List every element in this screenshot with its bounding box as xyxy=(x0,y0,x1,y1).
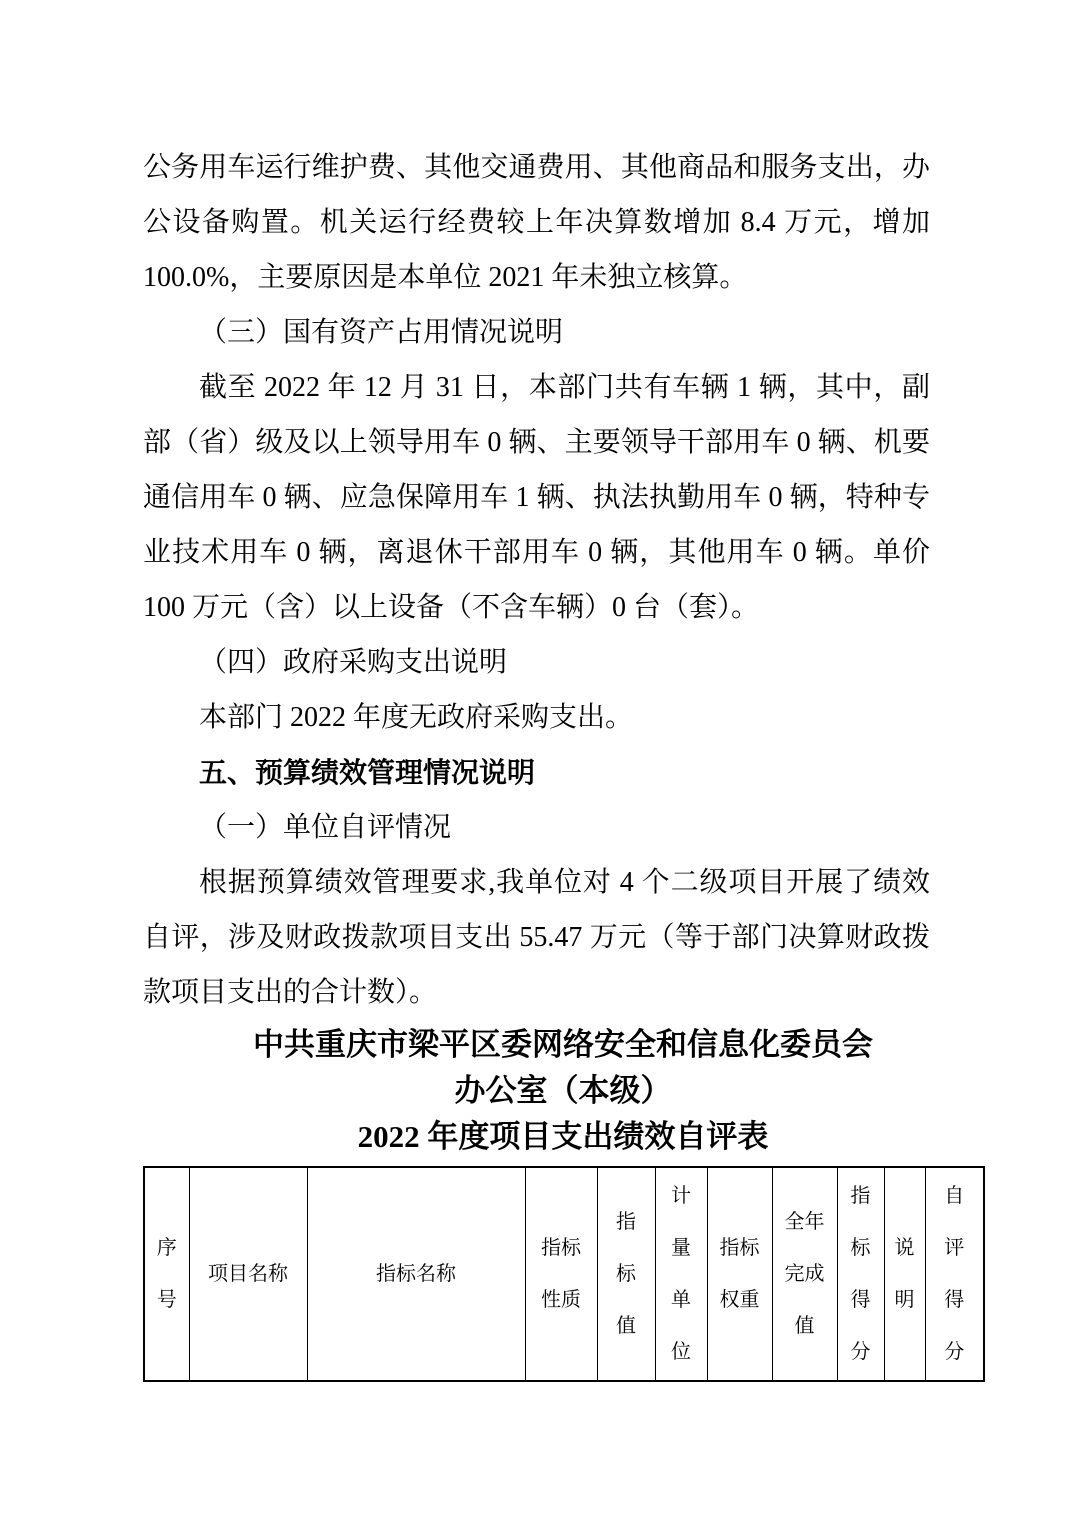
paragraph-self-evaluation-summary: 根据预算绩效管理要求,我单位对 4 个二级项目开展了绩效自评，涉及财政拨款项目支… xyxy=(143,855,930,1020)
col-header-note: 说 明 xyxy=(884,1167,925,1381)
col-header-project-name: 项目名称 xyxy=(189,1167,307,1381)
document-page: 公务用车运行维护费、其他交通费用、其他商品和服务支出，办公设备购置。机关运行经费… xyxy=(0,0,1074,1520)
col-header-indicator-value: 指 标 值 xyxy=(597,1167,655,1381)
col-header-indicator-score: 指 标 得 分 xyxy=(837,1167,884,1381)
self-evaluation-table: 序 号 项目名称 指标名称 指标 性质 指 标 值 计 量 单 位 指标 权重 … xyxy=(143,1166,985,1382)
table-title-line-organization: 中共重庆市梁平区委网络安全和信息化委员会 xyxy=(143,1022,983,1068)
heading-section-4-procurement: （四）政府采购支出说明 xyxy=(143,635,930,690)
table-title-line-office: 办公室（本级） xyxy=(143,1068,983,1114)
paragraph-no-procurement: 本部门 2022 年度无政府采购支出。 xyxy=(143,690,930,745)
table-title-line-year: 2022 年度项目支出绩效自评表 xyxy=(143,1114,983,1160)
paragraph-vehicles-equipment: 截至 2022 年 12 月 31 日，本部门共有车辆 1 辆，其中，副部（省）… xyxy=(143,360,930,635)
paragraph-office-expense-continuation: 公务用车运行维护费、其他交通费用、其他商品和服务支出，办公设备购置。机关运行经费… xyxy=(143,140,930,305)
heading-section-3-state-assets: （三）国有资产占用情况说明 xyxy=(143,305,930,360)
table-title-block: 中共重庆市梁平区委网络安全和信息化委员会 办公室（本级） 2022 年度项目支出… xyxy=(143,1022,983,1160)
body-text-block: 公务用车运行维护费、其他交通费用、其他商品和服务支出，办公设备购置。机关运行经费… xyxy=(143,140,930,1020)
col-header-self-eval-score: 自 评 得 分 xyxy=(925,1167,984,1381)
col-header-indicator-name: 指标名称 xyxy=(307,1167,525,1381)
heading-self-evaluation: （一）单位自评情况 xyxy=(143,800,930,855)
col-header-annual-completion: 全年 完成 值 xyxy=(772,1167,837,1381)
col-header-indicator-weight: 指标 权重 xyxy=(707,1167,772,1381)
col-header-indicator-nature: 指标 性质 xyxy=(525,1167,597,1381)
heading-section-5-performance: 五、预算绩效管理情况说明 xyxy=(143,745,930,800)
table-header-row: 序 号 项目名称 指标名称 指标 性质 指 标 值 计 量 单 位 指标 权重 … xyxy=(144,1167,984,1381)
col-header-measure-unit: 计 量 单 位 xyxy=(655,1167,707,1381)
col-header-seq-no: 序 号 xyxy=(144,1167,189,1381)
